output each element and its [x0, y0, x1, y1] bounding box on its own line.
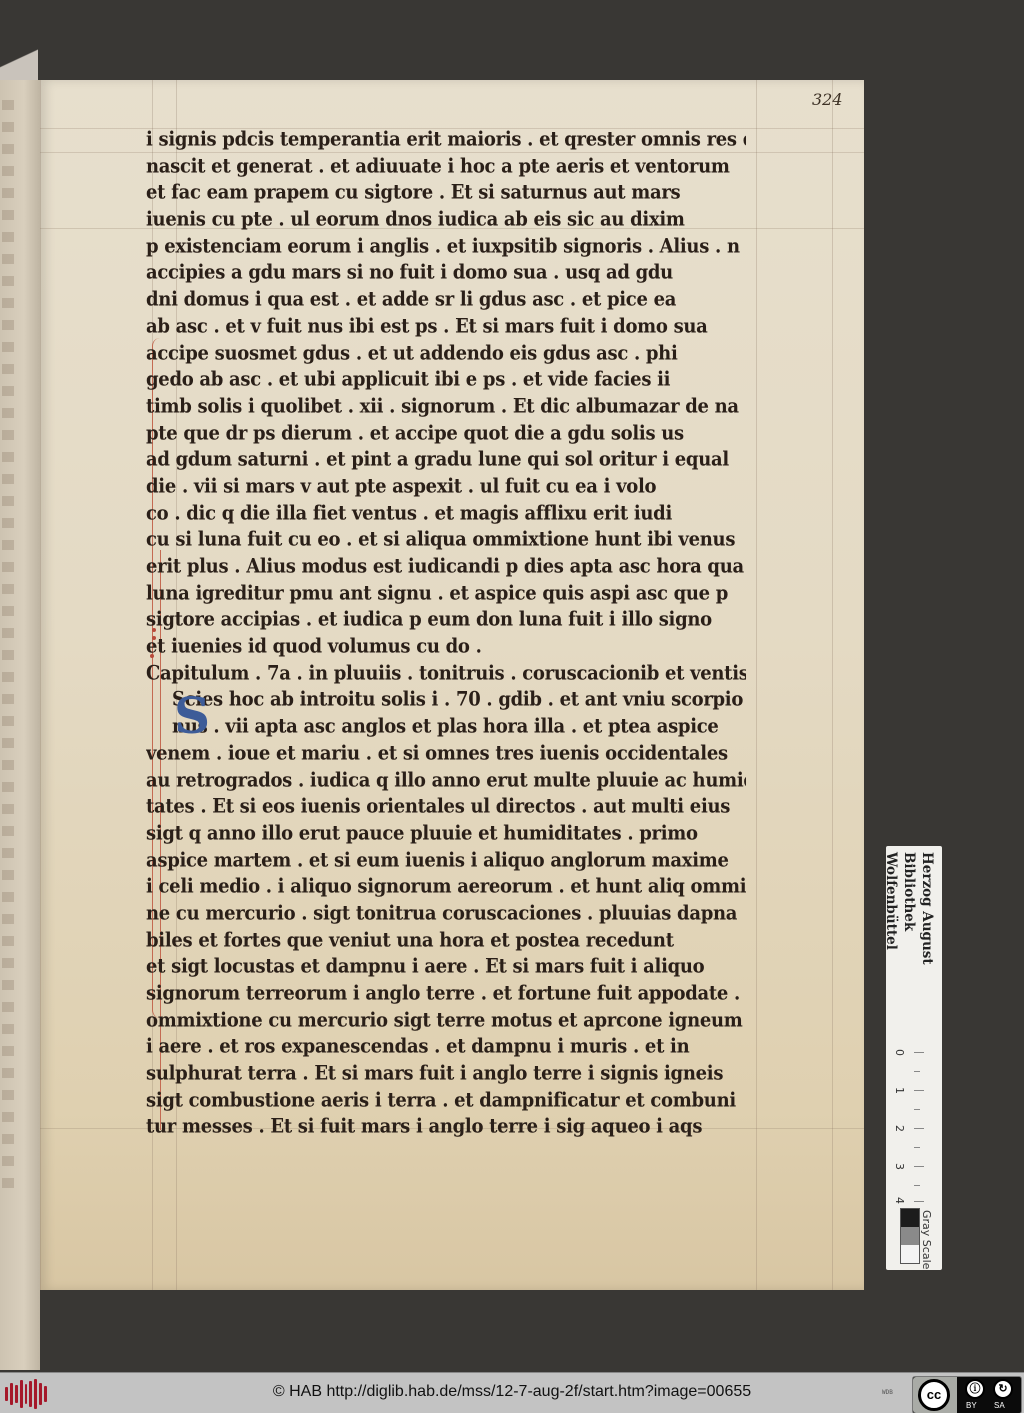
manuscript-line: i aere . et ros expanescendas . et dampn…	[146, 1033, 746, 1062]
manuscript-line: cu si luna fuit cu eo . et si aliqua omm…	[146, 526, 746, 555]
gray-scale-swatches	[900, 1208, 920, 1264]
manuscript-line: signorum terreorum i anglo terre . et fo…	[146, 980, 746, 1009]
facing-page-edge	[0, 80, 40, 1370]
decorated-initial-s: S	[174, 690, 210, 742]
manuscript-line: gedo ab asc . et ubi applicuit ibi e ps …	[146, 366, 746, 395]
manuscript-line: tur messes . Et si fuit mars i anglo ter…	[146, 1113, 746, 1142]
left-page-corner	[0, 38, 38, 80]
footer-bar: © HAB http://diglib.hab.de/mss/12-7-aug-…	[0, 1372, 1024, 1413]
wdb-mark: WDB	[882, 1389, 893, 1396]
manuscript-line: venem . ioue et mariu . et si omnes tres…	[146, 739, 746, 768]
manuscript-line: biles et fortes que veniut una hora et p…	[146, 926, 746, 955]
manuscript-line: die . vii si mars v aut pte aspexit . ul…	[146, 473, 746, 502]
cc-icon: cc	[918, 1379, 950, 1411]
manuscript-line: accipies a gdu mars si no fuit i domo su…	[146, 259, 746, 288]
swatch-black	[901, 1209, 919, 1227]
manuscript-line: sigt combustione aeris i terra . et damp…	[146, 1086, 746, 1115]
manuscript-line: co . dic q die illa fiet ventus . et mag…	[146, 499, 746, 528]
copyright-url-link[interactable]: © HAB http://diglib.hab.de/mss/12-7-aug-…	[0, 1383, 1024, 1401]
manuscript-line: et iuenies id quod volumus cu do .	[146, 633, 746, 662]
ruling-line	[756, 80, 757, 1290]
swatch-white	[901, 1245, 919, 1263]
library-name-line1: Herzog August Bibliothek	[901, 852, 935, 965]
ruler-tick-label: 1	[893, 1087, 906, 1094]
manuscript-line: nascit et generat . et adiuuate i hoc a …	[146, 152, 746, 181]
manuscript-line: nus . vii apta asc anglos et plas hora i…	[146, 713, 746, 742]
manuscript-text-block: i signis pdcis temperantia erit maioris …	[146, 127, 746, 1141]
manuscript-line: sigt q anno illo erut pauce pluuie et hu…	[146, 820, 746, 849]
ruler-tick	[914, 1109, 920, 1110]
manuscript-line: i signis pdcis temperantia erit maioris …	[146, 126, 746, 155]
manuscript-line: iuenis cu pte . ul eorum dnos iudica ab …	[146, 206, 746, 235]
ruler-tick	[914, 1147, 920, 1148]
manuscript-line: p existenciam eorum i anglis . et iuxpsi…	[146, 232, 746, 261]
ruler-tick	[914, 1185, 920, 1186]
sa-label: SA	[994, 1401, 1005, 1410]
ruler-tick-label: 2	[893, 1125, 906, 1132]
ruler-tick	[914, 1090, 924, 1091]
ruling-line	[832, 80, 833, 1290]
gray-scale-label: Gray Scale	[920, 1210, 933, 1269]
manuscript-line: aspice martem . et si eum iuenis i aliqu…	[146, 846, 746, 875]
manuscript-line: ab asc . et v fuit nus ibi est ps . Et s…	[146, 312, 746, 341]
manuscript-line: accipe suosmet gdus . et ut addendo eis …	[146, 339, 746, 368]
manuscript-line: sulphurat terra . Et si mars fuit i angl…	[146, 1060, 746, 1089]
cc-by-sa-license-badge[interactable]: cc ⓘ ↻ BY SA	[912, 1376, 1022, 1413]
ruler-tick-label: 3	[893, 1163, 906, 1170]
ruler-tick	[914, 1052, 924, 1053]
manuscript-line: erit plus . Alius modus est iudicandi p …	[146, 553, 746, 582]
manuscript-line: ne cu mercurio . sigt tonitrua coruscaci…	[146, 900, 746, 929]
folio-number: 324	[812, 90, 843, 109]
by-attribution-icon: ⓘ	[965, 1379, 985, 1399]
manuscript-line: luna igreditur pmu ant signu . et aspice…	[146, 579, 746, 608]
image-viewer: 324 i signis pdcis temperantia erit maio…	[0, 0, 1024, 1372]
manuscript-line: pte que dr ps dierum . et accipe quot di…	[146, 419, 746, 448]
ruler-tick-label: 4	[893, 1197, 906, 1204]
manuscript-line: sigtore accipias . et iudica p eum don l…	[146, 606, 746, 635]
color-scale-card: Herzog August Bibliothek Wolfenbüttel 0 …	[886, 846, 942, 1270]
manuscript-line: dni domus i qua est . et adde sr li gdus…	[146, 286, 746, 315]
library-name: Herzog August Bibliothek Wolfenbüttel	[896, 852, 936, 1042]
ruling-line	[40, 80, 41, 1290]
manuscript-line: au retrogrados . iudica q illo anno erut…	[146, 766, 746, 795]
library-name-line2: Wolfenbüttel	[883, 852, 899, 950]
manuscript-line: et sigt locustas et dampnu i aere . Et s…	[146, 953, 746, 982]
cm-ruler: 0 1 2 3 4	[886, 1046, 942, 1206]
manuscript-line: timb solis i quolibet . xii . signorum .…	[146, 393, 746, 422]
facing-page-text-ghost	[2, 100, 14, 1200]
manuscript-line: i celi medio . i aliquo signorum aereoru…	[146, 873, 746, 902]
ruler-tick-label: 0	[893, 1049, 906, 1056]
manuscript-line: Scies hoc ab introitu solis i . 70 . gdi…	[146, 686, 746, 715]
manuscript-line: ad gdum saturni . et pint a gradu lune q…	[146, 446, 746, 475]
ruler-tick	[914, 1201, 924, 1202]
ruler-tick	[914, 1128, 924, 1129]
chapter-heading-line: Capitulum . 7a . in pluuiis . tonitruis …	[146, 659, 746, 688]
swatch-gray	[901, 1227, 919, 1245]
manuscript-line: et fac eam prapem cu sigtore . Et si sat…	[146, 179, 746, 208]
manuscript-line: tates . Et si eos iuenis orientales ul d…	[146, 793, 746, 822]
manuscript-page: 324 i signis pdcis temperantia erit maio…	[40, 80, 864, 1290]
by-label: BY	[966, 1401, 977, 1410]
ruler-tick	[914, 1071, 920, 1072]
manuscript-line: ommixtione cu mercurio sigt terre motus …	[146, 1006, 746, 1035]
ruler-tick	[914, 1166, 924, 1167]
sa-share-alike-icon: ↻	[993, 1379, 1013, 1399]
